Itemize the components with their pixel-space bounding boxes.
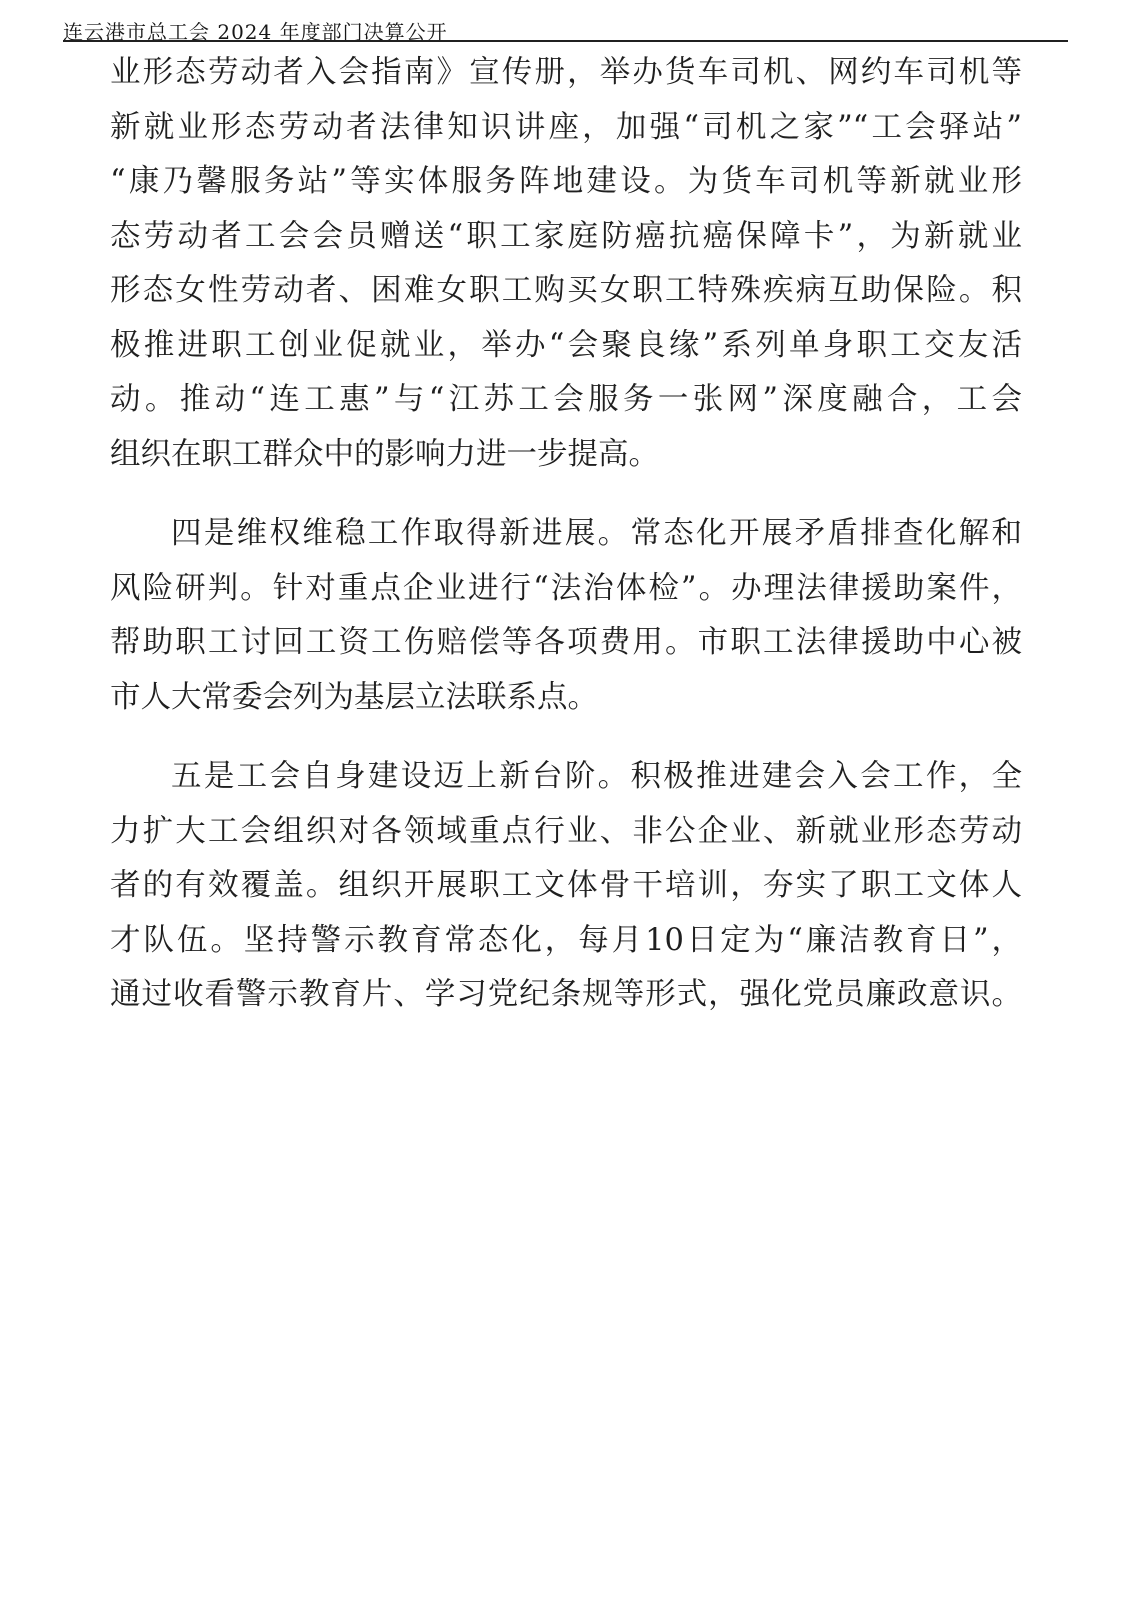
- paragraph: 四是维权维稳工作取得新进展。常态化开展矛盾排查化解和风险研判。针对重点企业进行“…: [110, 507, 1022, 725]
- header-rule-divider: [63, 40, 1068, 42]
- text-line: 力扩大工会组织对各领域重点行业、非公企业、新就业形态劳动: [110, 805, 1022, 860]
- text-line: 通过收看警示教育片、学习党纪条规等形式，强化党员廉政意识。: [110, 968, 1022, 1023]
- text-line: 组织在职工群众中的影响力进一步提高。: [110, 428, 1022, 483]
- text-line: 四是维权维稳工作取得新进展。常态化开展矛盾排查化解和: [110, 507, 1022, 562]
- text-line: 者的有效覆盖。组织开展职工文体骨干培训，夯实了职工文体人: [110, 859, 1022, 914]
- document-page: 连云港市总工会 2024 年度部门决算公开 业形态劳动者入会指南》宣传册，举办货…: [0, 0, 1131, 1600]
- text-line: 极推进职工创业促就业，举办“会聚良缘”系列单身职工交友活: [110, 319, 1022, 374]
- text-line: 动。推动“连工惠”与“江苏工会服务一张网”深度融合，工会: [110, 373, 1022, 428]
- text-line: 形态女性劳动者、困难女职工购买女职工特殊疾病互助保险。积: [110, 264, 1022, 319]
- paragraph: 业形态劳动者入会指南》宣传册，举办货车司机、网约车司机等新就业形态劳动者法律知识…: [110, 46, 1022, 482]
- text-line: 帮助职工讨回工资工伤赔偿等各项费用。市职工法律援助中心被: [110, 616, 1022, 671]
- text-line: 市人大常委会列为基层立法联系点。: [110, 671, 1022, 726]
- text-line: 新就业形态劳动者法律知识讲座，加强“司机之家”“工会驿站”: [110, 101, 1022, 156]
- text-line: 业形态劳动者入会指南》宣传册，举办货车司机、网约车司机等: [110, 46, 1022, 101]
- document-body: 业形态劳动者入会指南》宣传册，举办货车司机、网约车司机等新就业形态劳动者法律知识…: [110, 46, 1022, 1023]
- text-line: “康乃馨服务站”等实体服务阵地建设。为货车司机等新就业形: [110, 155, 1022, 210]
- text-line: 态劳动者工会会员赠送“职工家庭防癌抗癌保障卡”，为新就业: [110, 210, 1022, 265]
- paragraph: 五是工会自身建设迈上新台阶。积极推进建会入会工作，全力扩大工会组织对各领域重点行…: [110, 750, 1022, 1023]
- text-line: 才队伍。坚持警示教育常态化，每月10日定为“廉洁教育日”，: [110, 914, 1022, 969]
- text-line: 风险研判。针对重点企业进行“法治体检”。办理法律援助案件，: [110, 562, 1022, 617]
- text-line: 五是工会自身建设迈上新台阶。积极推进建会入会工作，全: [110, 750, 1022, 805]
